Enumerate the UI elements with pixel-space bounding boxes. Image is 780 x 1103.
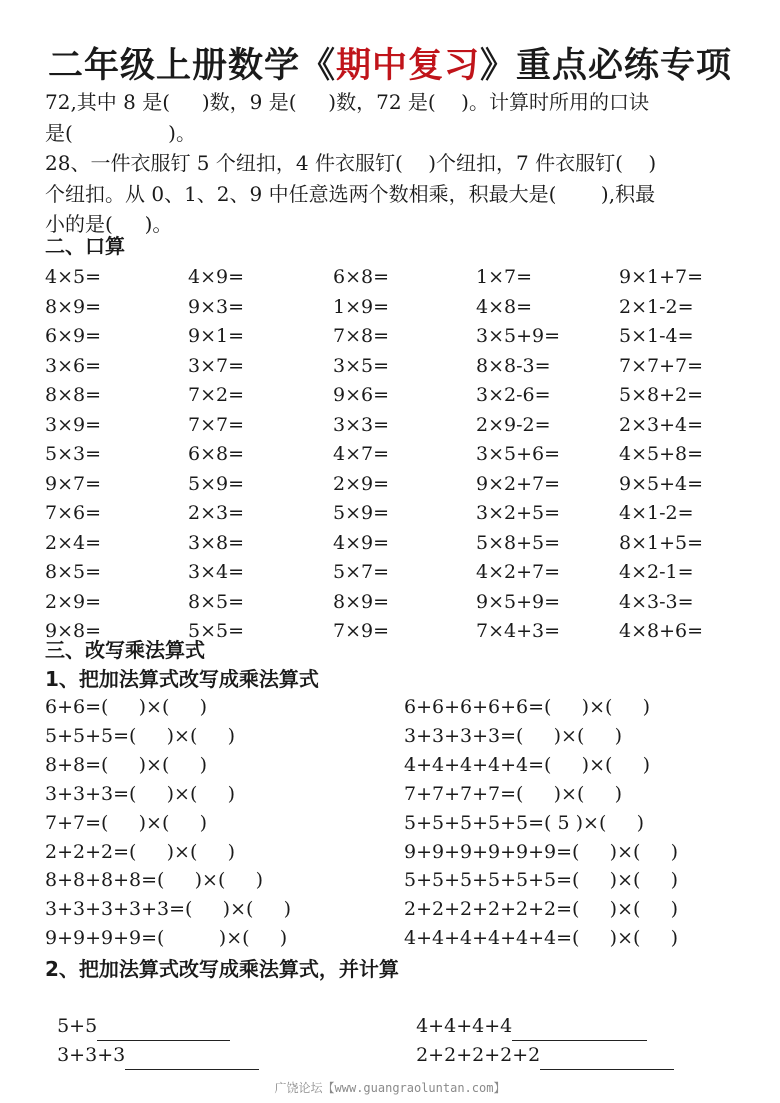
rewrite-problem: 6+6=( )×( ) bbox=[45, 693, 207, 722]
rewrite-problem: 4+4+4+4+4+4=( )×( ) bbox=[404, 924, 678, 953]
part2-heading: 2、把加法算式改写成乘法算式，并计算 bbox=[45, 955, 399, 983]
oral-calc-problem: 4×2-1= bbox=[619, 558, 694, 587]
rewrite-problem: 5+5+5+5+5+5=( )×( ) bbox=[404, 866, 678, 895]
title-prefix: 二年级上册数学《 bbox=[48, 45, 336, 86]
oral-calc-problem: 3×3= bbox=[333, 411, 389, 440]
oral-calc-problem: 4×5+8= bbox=[619, 440, 703, 469]
part1-heading: 1、把加法算式改写成乘法算式 bbox=[45, 665, 319, 693]
title-highlight: 期中复习 bbox=[336, 45, 480, 86]
oral-calc-problem: 5×9= bbox=[333, 499, 389, 528]
answer-line[interactable] bbox=[125, 1047, 259, 1070]
oral-calc-problem: 3×9= bbox=[45, 411, 101, 440]
oral-calc-problem: 6×8= bbox=[333, 263, 389, 292]
oral-calc-problem: 2×9= bbox=[45, 588, 101, 617]
oral-calc-problem: 2×9= bbox=[333, 470, 389, 499]
calc-item: 2+2+2+2+2 bbox=[404, 1012, 674, 1070]
oral-calc-problem: 9×5+4= bbox=[619, 470, 703, 499]
oral-calc-problem: 7×4+3= bbox=[476, 617, 560, 646]
oral-calc-problem: 7×2= bbox=[188, 381, 244, 410]
rewrite-problem: 2+2+2=( )×( ) bbox=[45, 838, 235, 867]
rewrite-problem: 2+2+2+2+2+2=( )×( ) bbox=[404, 895, 678, 924]
oral-calc-problem: 7×8= bbox=[333, 322, 389, 351]
oral-calc-problem: 4×9= bbox=[188, 263, 244, 292]
rewrite-problem: 3+3+3=( )×( ) bbox=[45, 780, 235, 809]
oral-calc-problem: 9×6= bbox=[333, 381, 389, 410]
rewrite-problem: 6+6+6+6+6=( )×( ) bbox=[404, 693, 650, 722]
intro-line: 小的是( )。 bbox=[45, 209, 745, 240]
oral-calc-problem: 4×8+6= bbox=[619, 617, 703, 646]
oral-calc-problem: 3×2-6= bbox=[476, 381, 551, 410]
oral-calc-problem: 2×1-2= bbox=[619, 293, 694, 322]
oral-calc-problem: 4×8= bbox=[476, 293, 532, 322]
intro-line: 28、一件衣服钉 5 个纽扣，4 件衣服钉( )个纽扣，7 件衣服钉( ) bbox=[45, 148, 745, 179]
oral-calc-problem: 5×7= bbox=[333, 558, 389, 587]
oral-calc-problem: 3×5= bbox=[333, 352, 389, 381]
oral-calc-problem: 3×5+6= bbox=[476, 440, 560, 469]
intro-line: 是( )。 bbox=[45, 118, 745, 149]
rewrite-problem: 9+9+9+9=( )×( ) bbox=[45, 924, 287, 953]
oral-calc-problem: 4×2+7= bbox=[476, 558, 560, 587]
section-heading-rewrite: 三、改写乘法算式 bbox=[45, 636, 205, 664]
oral-calc-problem: 9×7= bbox=[45, 470, 101, 499]
oral-calc-problem: 2×3+4= bbox=[619, 411, 703, 440]
oral-calc-problem: 2×3= bbox=[188, 499, 244, 528]
oral-calc-problem: 8×8-3= bbox=[476, 352, 551, 381]
oral-calc-problem: 4×1-2= bbox=[619, 499, 694, 528]
oral-calc-problem: 9×2+7= bbox=[476, 470, 560, 499]
rewrite-problem: 4+4+4+4+4=( )×( ) bbox=[404, 751, 650, 780]
oral-calc-problem: 7×6= bbox=[45, 499, 101, 528]
footer-watermark: 广饶论坛【www.guangraoluntan.com】 bbox=[0, 1079, 780, 1096]
oral-calc-problem: 3×7= bbox=[188, 352, 244, 381]
rewrite-problem: 8+8+8+8=( )×( ) bbox=[45, 866, 263, 895]
oral-calc-problem: 5×3= bbox=[45, 440, 101, 469]
oral-calc-problem: 4×9= bbox=[333, 529, 389, 558]
oral-calc-problem: 5×8+2= bbox=[619, 381, 703, 410]
intro-questions: 72,其中 8 是( )数，9 是( )数，72 是( )。计算时所用的口诀 是… bbox=[45, 87, 745, 240]
oral-calc-problem: 9×3= bbox=[188, 293, 244, 322]
oral-calc-problem: 7×7= bbox=[188, 411, 244, 440]
rewrite-problem: 5+5+5+5+5=( 5 )×( ) bbox=[404, 809, 644, 838]
oral-calc-problem: 3×4= bbox=[188, 558, 244, 587]
oral-calc-problem: 3×6= bbox=[45, 352, 101, 381]
oral-calc-problem: 4×3-3= bbox=[619, 588, 694, 617]
oral-calc-problem: 7×9= bbox=[333, 617, 389, 646]
rewrite-problem: 9+9+9+9+9+9=( )×( ) bbox=[404, 838, 678, 867]
oral-calc-problem: 8×9= bbox=[45, 293, 101, 322]
title-suffix: 》重点必练专项 bbox=[480, 45, 732, 86]
calc-expr: 2+2+2+2+2 bbox=[416, 1044, 540, 1066]
oral-calc-problem: 9×1+7= bbox=[619, 263, 703, 292]
intro-line: 个纽扣。从 0、1、2、9 中任意选两个数相乘，积最大是( ),积最 bbox=[45, 179, 745, 210]
rewrite-problem: 3+3+3+3+3=( )×( ) bbox=[45, 895, 291, 924]
oral-calc-problem: 3×8= bbox=[188, 529, 244, 558]
rewrite-problem: 7+7+7+7=( )×( ) bbox=[404, 780, 622, 809]
oral-calc-problem: 4×7= bbox=[333, 440, 389, 469]
oral-calc-problem: 5×8+5= bbox=[476, 529, 560, 558]
oral-calc-problem: 8×8= bbox=[45, 381, 101, 410]
oral-calc-problem: 3×5+9= bbox=[476, 322, 560, 351]
oral-calc-problem: 4×5= bbox=[45, 263, 101, 292]
oral-calc-problem: 5×1-4= bbox=[619, 322, 694, 351]
section-heading-oral-calc: 二、口算 bbox=[45, 232, 125, 260]
oral-calc-problem: 9×1= bbox=[188, 322, 244, 351]
oral-calc-problem: 8×9= bbox=[333, 588, 389, 617]
calc-item: 3+3+3 bbox=[45, 1012, 259, 1070]
oral-calc-problem: 6×9= bbox=[45, 322, 101, 351]
answer-line[interactable] bbox=[540, 1047, 674, 1070]
oral-calc-problem: 5×9= bbox=[188, 470, 244, 499]
oral-calc-problem: 8×5= bbox=[45, 558, 101, 587]
oral-calc-problem: 2×9-2= bbox=[476, 411, 551, 440]
intro-line: 72,其中 8 是( )数，9 是( )数，72 是( )。计算时所用的口诀 bbox=[45, 87, 745, 118]
calc-expr: 3+3+3 bbox=[57, 1044, 125, 1066]
oral-calc-problem: 2×4= bbox=[45, 529, 101, 558]
worksheet-title: 二年级上册数学《期中复习》重点必练专项 bbox=[0, 42, 780, 90]
oral-calc-problem: 6×8= bbox=[188, 440, 244, 469]
rewrite-problem: 3+3+3+3=( )×( ) bbox=[404, 722, 622, 751]
oral-calc-problem: 1×9= bbox=[333, 293, 389, 322]
oral-calc-problem: 7×7+7= bbox=[619, 352, 703, 381]
oral-calc-problem: 8×5= bbox=[188, 588, 244, 617]
rewrite-problem: 5+5+5=( )×( ) bbox=[45, 722, 235, 751]
oral-calc-problem: 8×1+5= bbox=[619, 529, 703, 558]
rewrite-problem: 8+8=( )×( ) bbox=[45, 751, 207, 780]
rewrite-problem: 7+7=( )×( ) bbox=[45, 809, 207, 838]
oral-calc-problem: 1×7= bbox=[476, 263, 532, 292]
oral-calc-problem: 9×5+9= bbox=[476, 588, 560, 617]
oral-calc-problem: 3×2+5= bbox=[476, 499, 560, 528]
